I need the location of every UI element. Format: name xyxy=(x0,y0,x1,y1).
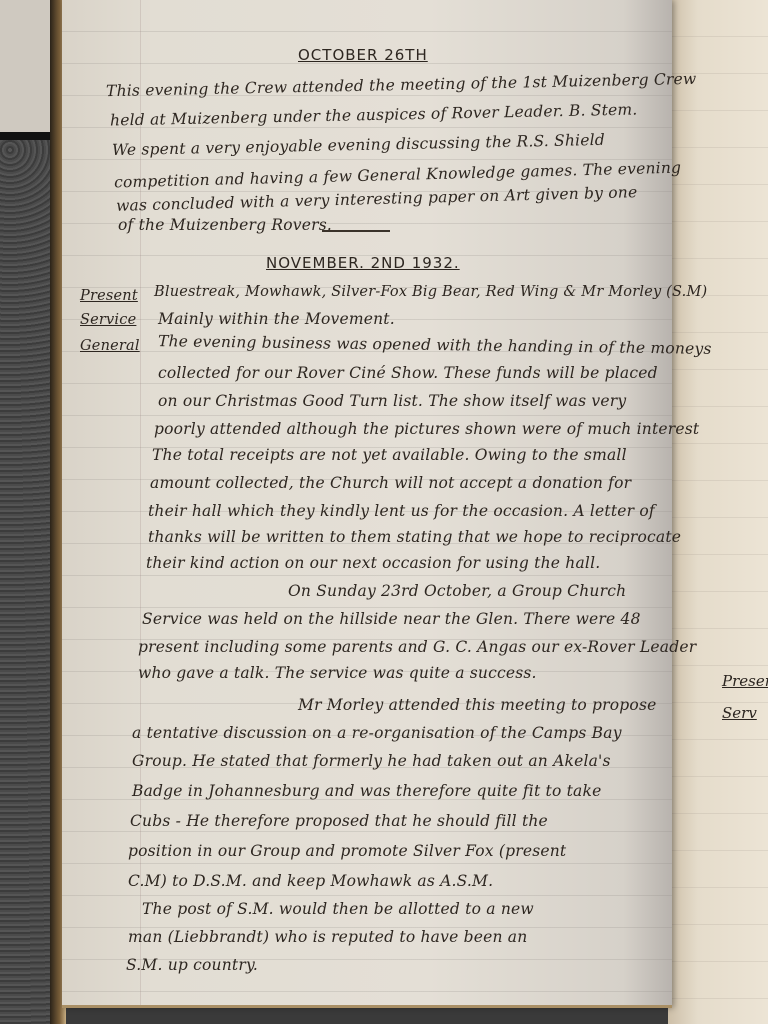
text-line: The evening business was opened with the… xyxy=(158,332,712,358)
text-line: position in our Group and promote Silver… xyxy=(128,842,566,860)
text-line: We spent a very enjoyable evening discus… xyxy=(112,131,605,159)
text-line: held at Muizenberg under the auspices of… xyxy=(110,100,638,129)
section-divider xyxy=(322,230,390,232)
text-line: Group. He stated that formerly he had ta… xyxy=(132,752,611,770)
text-line: of the Muizenberg Rovers. xyxy=(118,216,332,234)
text-line: man (Liebbrandt) who is reputed to have … xyxy=(128,928,527,946)
text-line: amount collected, the Church will not ac… xyxy=(150,474,631,492)
granite-surface xyxy=(0,140,55,1024)
entry-heading-october: OCTOBER 26TH xyxy=(298,46,428,64)
text-line: a tentative discussion on a re-organisat… xyxy=(132,724,622,742)
text-line: thanks will be written to them stating t… xyxy=(148,528,681,546)
margin-label-present: Present xyxy=(80,288,138,304)
text-line: The total receipts are not yet available… xyxy=(152,446,627,464)
margin-label-service: Service xyxy=(80,312,136,328)
text-line: their hall which they kindly lent us for… xyxy=(148,502,655,520)
text-line: This evening the Crew attended the meeti… xyxy=(106,70,697,100)
present-members: Bluestreak, Mowhawk, Silver-Fox Big Bear… xyxy=(154,284,707,300)
next-page: Present Serv xyxy=(668,0,768,1024)
entry-heading-november: NOVEMBER. 2ND 1932. xyxy=(266,254,460,272)
text-line: The post of S.M. would then be allotted … xyxy=(142,900,534,918)
text-line: S.M. up country. xyxy=(126,956,258,974)
text-line: on our Christmas Good Turn list. The sho… xyxy=(158,392,626,410)
text-line: Mr Morley attended this meeting to propo… xyxy=(298,696,656,714)
text-line: their kind action on our next occasion f… xyxy=(146,554,600,572)
document-page: OCTOBER 26TH This evening the Crew atten… xyxy=(62,0,672,1008)
text-line: Badge in Johannesburg and was therefore … xyxy=(132,782,601,800)
next-page-label-present: Present xyxy=(722,672,768,690)
text-line: present including some parents and G. C.… xyxy=(138,638,696,656)
service-text: Mainly within the Movement. xyxy=(158,310,395,328)
text-line: who gave a talk. The service was quite a… xyxy=(138,664,537,682)
text-line: C.M) to D.S.M. and keep Mowhawk as A.S.M… xyxy=(128,872,493,890)
margin-label-general: General xyxy=(80,338,140,354)
text-line: collected for our Rover Ciné Show. These… xyxy=(158,364,658,382)
text-line: Cubs - He therefore proposed that he sho… xyxy=(130,812,548,830)
text-line: On Sunday 23rd October, a Group Church xyxy=(288,582,626,600)
text-line: poorly attended although the pictures sh… xyxy=(154,420,699,438)
text-line: Service was held on the hillside near th… xyxy=(142,610,641,628)
next-page-label-service: Serv xyxy=(722,704,757,722)
